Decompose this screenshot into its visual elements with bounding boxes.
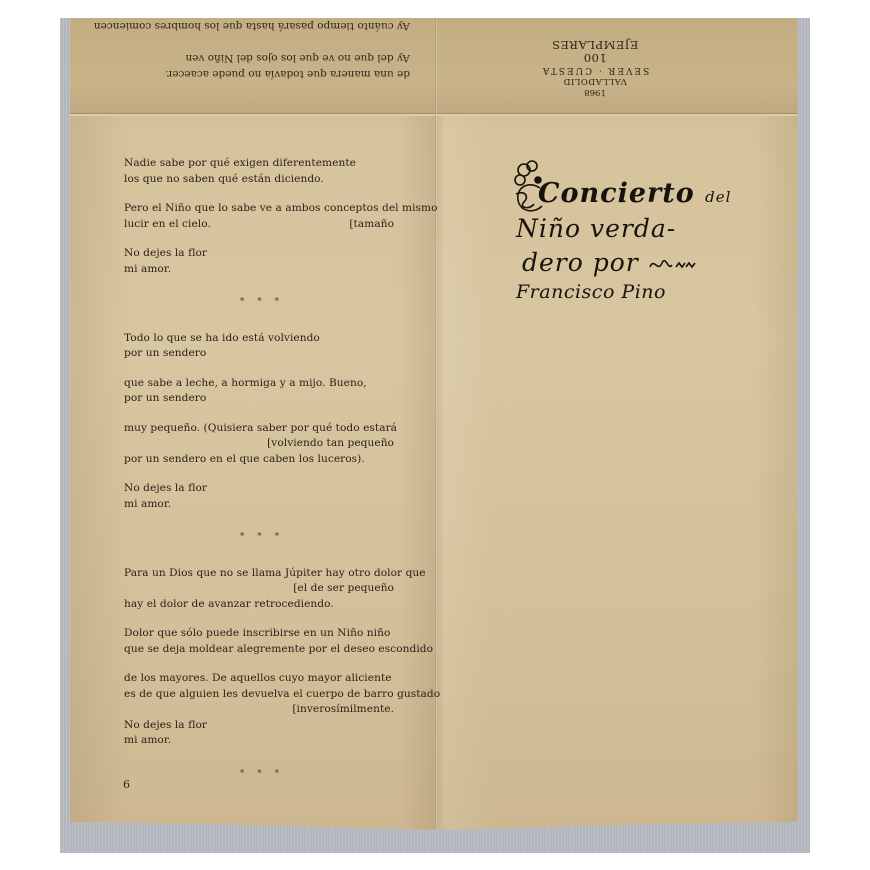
stanza-separator: * * * bbox=[124, 295, 394, 311]
verse-line: por un sendero bbox=[124, 346, 394, 362]
verse-overflow-word: [tamaño bbox=[349, 217, 394, 233]
verse-line: muy pequeño. (Quisiera saber por qué tod… bbox=[124, 421, 394, 437]
verse-line: lucir en el cielo.[tamaño bbox=[124, 217, 394, 233]
title-line-3: dero por bbox=[522, 248, 698, 277]
scribble-ornament-icon bbox=[648, 255, 698, 275]
verse-line: Todo lo que se ha ido está volviendo bbox=[124, 331, 394, 347]
verse-line: Dolor que sólo puede inscribirse en un N… bbox=[124, 626, 394, 642]
verse-line: [el de ser pequeño bbox=[124, 581, 394, 597]
stanza: Nadie sabe por qué exigen diferentemente… bbox=[124, 156, 394, 187]
verse-line: [inverosímilmente. bbox=[124, 702, 394, 718]
inverted-verse: de una manera que todavía no puede acaec… bbox=[110, 18, 410, 82]
inverted-line: de una manera que todavía no puede acaec… bbox=[110, 66, 410, 82]
inverted-line-blank bbox=[110, 34, 410, 50]
handwritten-title: Concierto del Niño verda- dero por Franc… bbox=[510, 158, 720, 308]
title-word-del: del bbox=[705, 188, 731, 206]
page-number: 6 bbox=[123, 778, 130, 791]
stanza: No dejes la flormi amor. bbox=[124, 246, 394, 277]
verse-line: Nadie sabe por qué exigen diferentemente bbox=[124, 156, 394, 172]
verse-text: lucir en el cielo. bbox=[124, 217, 211, 233]
verse-line: No dejes la flor bbox=[124, 246, 394, 262]
stanza: que sabe a leche, a hormiga y a mijo. Bu… bbox=[124, 376, 394, 407]
leaflet-sheet: de una manera que todavía no puede acaec… bbox=[70, 18, 798, 830]
colophon-year: 1968 bbox=[540, 86, 650, 97]
colophon-printer: SEVER · CUESTA bbox=[540, 64, 650, 75]
stanza: Dolor que sólo puede inscribirse en un N… bbox=[124, 626, 394, 657]
title-author: Francisco Pino bbox=[516, 281, 666, 303]
stanza: Pero el Niño que lo sabe ve a ambos conc… bbox=[124, 201, 394, 232]
verse-line: mi amor. bbox=[124, 733, 394, 749]
stanza: de los mayores. De aquellos cuyo mayor a… bbox=[124, 671, 394, 749]
vertical-fold-crease bbox=[435, 18, 437, 830]
verse-line: Pero el Niño que lo sabe ve a ambos conc… bbox=[124, 201, 394, 217]
verse-line: mi amor. bbox=[124, 262, 394, 278]
top-flap-inverted: de una manera que todavía no puede acaec… bbox=[70, 18, 798, 114]
verse-line: No dejes la flor bbox=[124, 481, 394, 497]
title-line-2: Niño verda- bbox=[516, 214, 676, 243]
colophon-inverted: 1968 VALLADOLID SEVER · CUESTA 100 EJEMP… bbox=[540, 38, 650, 97]
verse-line: por un sendero en el que caben los lucer… bbox=[124, 452, 394, 468]
verse-line: por un sendero bbox=[124, 391, 394, 407]
verse-line: los que no saben qué están diciendo. bbox=[124, 172, 394, 188]
poem-text: Nadie sabe por qué exigen diferentemente… bbox=[124, 156, 394, 802]
verse-line: hay el dolor de avanzar retrocediendo. bbox=[124, 597, 394, 613]
stanza: Todo lo que se ha ido está volviendopor … bbox=[124, 331, 394, 362]
verse-line: que sabe a leche, a hormiga y a mijo. Bu… bbox=[124, 376, 394, 392]
verse-line: [volviendo tan pequeño bbox=[124, 436, 394, 452]
verse-line: Para un Dios que no se llama Júpiter hay… bbox=[124, 566, 394, 582]
inverted-line: Ay del que no ve que los ojos del Niño v… bbox=[110, 50, 410, 66]
colophon-city: VALLADOLID bbox=[540, 75, 650, 86]
colophon-edition: 100 EJEMPLARES bbox=[540, 38, 650, 64]
title-word-dero-por: dero por bbox=[522, 248, 639, 277]
stanza-separator: * * * bbox=[124, 767, 394, 783]
inverted-line: Ay cuánto tiempo pasará hasta que los ho… bbox=[110, 18, 410, 34]
horizontal-fold-crease bbox=[70, 113, 798, 116]
stanza-separator: * * * bbox=[124, 530, 394, 546]
title-line-1: Concierto del bbox=[538, 178, 731, 209]
verse-line: mi amor. bbox=[124, 497, 394, 513]
title-word-concierto: Concierto bbox=[538, 178, 695, 209]
stanza: Para un Dios que no se llama Júpiter hay… bbox=[124, 566, 394, 613]
verse-line: de los mayores. De aquellos cuyo mayor a… bbox=[124, 671, 394, 687]
stanza: muy pequeño. (Quisiera saber por qué tod… bbox=[124, 421, 394, 468]
verse-line: es de que alguien les devuelva el cuerpo… bbox=[124, 687, 394, 703]
verse-line: No dejes la flor bbox=[124, 718, 394, 734]
verse-line: que se deja moldear alegremente por el d… bbox=[124, 642, 394, 658]
stanza: No dejes la flormi amor. bbox=[124, 481, 394, 512]
